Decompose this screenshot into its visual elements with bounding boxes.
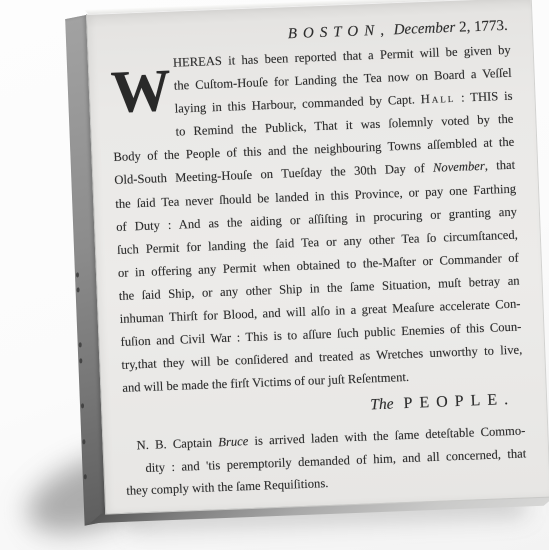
text-segment-sig-the: The xyxy=(370,396,394,414)
text-segment: N. B. Captain xyxy=(136,436,218,453)
text-segment-smallcaps: Hall xyxy=(420,91,455,106)
text-segment-plain: 2, 1773. xyxy=(455,18,508,36)
text-segment: : THIS is xyxy=(455,89,513,105)
dropcap-w: W xyxy=(110,52,172,146)
tack-mark xyxy=(81,403,84,409)
photo-background: BOSTON, December 2, 1773. W HEREAS it ha… xyxy=(0,0,549,550)
broadside-document: BOSTON, December 2, 1773. W HEREAS it ha… xyxy=(86,0,549,515)
tack-mark xyxy=(82,439,85,445)
tack-mark xyxy=(79,358,82,364)
text-segment-plain: . xyxy=(504,391,509,408)
text-segment-italic: Bruce xyxy=(218,434,249,449)
text-segment-people: PEOPLE xyxy=(403,392,504,413)
text-segment-italic: November xyxy=(433,159,485,175)
tack-mark xyxy=(84,474,87,480)
tack-mark xyxy=(76,272,79,278)
text-segment-boston: BOSTON, xyxy=(288,22,391,42)
tack-mark xyxy=(76,287,79,293)
document-content: BOSTON, December 2, 1773. W HEREAS it ha… xyxy=(87,0,549,514)
nota-bene-paragraph: N. B. Captain Bruce is arrived laden wit… xyxy=(124,420,527,502)
text-segment: they comply with the ſame Requiſitions. xyxy=(126,476,329,498)
text-segment-italic: December xyxy=(390,20,456,38)
tack-mark xyxy=(79,343,82,349)
text-segment: , that xyxy=(484,158,515,173)
canvas-print: BOSTON, December 2, 1773. W HEREAS it ha… xyxy=(86,0,549,515)
main-paragraph: W HEREAS it has been reported that a Per… xyxy=(110,39,524,401)
